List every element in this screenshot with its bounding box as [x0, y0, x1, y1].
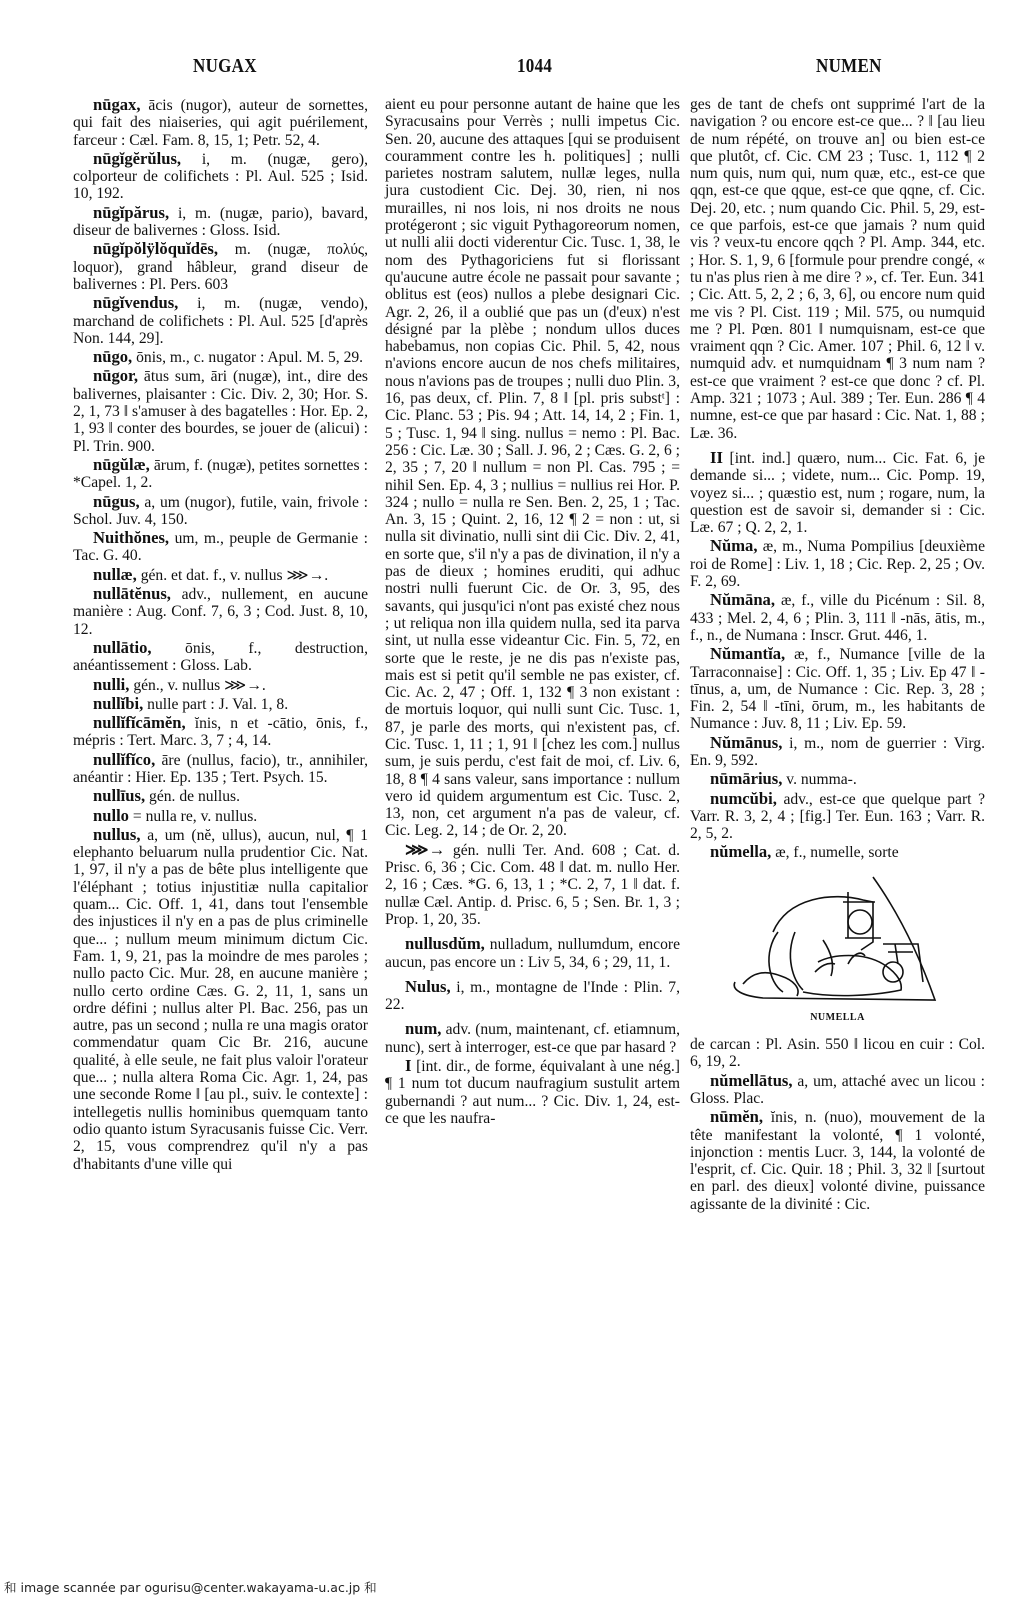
entry-headword: nūgus,: [93, 492, 140, 511]
column-right-bottom: de carcan : Pl. Asin. 550 ‖ licou en cui…: [690, 1036, 985, 1213]
entry-headword: nūgax,: [93, 95, 141, 114]
entry-headword: nūgĭgĕrŭlus,: [93, 149, 181, 168]
scan-credit-footer: 和 image scannée par ogurisu@center.wakay…: [4, 1578, 377, 1596]
dictionary-entry: nūgĭpŏlÿlŏquĭdēs, m. (nugæ, πολύς, loquo…: [73, 240, 368, 293]
numella-drawing-icon: [723, 872, 953, 1007]
entry-headword: nūgĭpărus,: [93, 203, 169, 222]
entry-headword: nūgo,: [93, 347, 132, 366]
dictionary-entry: Nŭmantĭa, æ, f., Numance [ville de la Ta…: [690, 645, 985, 732]
dictionary-entry: Nŭma, æ, m., Numa Pompilius [deuxième ro…: [690, 537, 985, 590]
dictionary-entry: nūmārius, v. numma-.: [690, 770, 985, 788]
entry-headword: nullo: [93, 806, 129, 825]
entry-definition: æ, f., numelle, sorte: [771, 844, 898, 861]
dictionary-entry: nullĭfĭco, āre (nullus, facio), tr., ann…: [73, 751, 368, 787]
dictionary-entry: nulli, gén., v. nullus ⋙→.: [73, 676, 368, 694]
entry-headword: Nuithŏnes,: [93, 528, 169, 547]
entry-headword: nūgor,: [93, 366, 138, 385]
dictionary-entry: nullus, a, um (nĕ, ullus), aucun, nul, ¶…: [73, 826, 368, 1173]
entry-definition: a, um (nĕ, ullus), aucun, nul, ¶ 1 eleph…: [73, 827, 368, 1173]
dictionary-entry: nullātio, ōnis, f., destruction, anéanti…: [73, 639, 368, 675]
entry-headword: nūgŭlæ,: [93, 455, 150, 474]
entry-headword: nullĭbi,: [93, 694, 143, 713]
dictionary-entry: Nuithŏnes, um, m., peuple de Germanie : …: [73, 529, 368, 565]
dictionary-entry: nullĭbi, nulle part : J. Val. 1, 8.: [73, 695, 368, 713]
entry-headword: nullĭfĭco,: [93, 750, 155, 769]
entry-headword: nullīus,: [93, 786, 145, 805]
entry-headword: nullus,: [93, 825, 141, 844]
dictionary-entry: Nŭmāna, æ, f., ville du Picénum : Sil. 8…: [690, 591, 985, 644]
entry-headword: nŭmellātus,: [710, 1071, 793, 1090]
entry-headword: numcŭbi,: [710, 789, 777, 808]
entry-headword: nŭmella,: [710, 842, 771, 861]
dictionary-entry: nullīus, gén. de nullus.: [73, 787, 368, 805]
entry-headword: nullātĕnus,: [93, 584, 171, 603]
dictionary-entry: nullo = nulla re, v. nullus.: [73, 807, 368, 825]
entry-headword: Nŭmāna,: [710, 590, 775, 609]
dictionary-entry: aient eu pour personne autant de haine q…: [385, 96, 680, 840]
entry-headword: nullātio,: [93, 638, 152, 657]
dictionary-entry: nūgus, a, um (nugor), futile, vain, friv…: [73, 493, 368, 529]
dictionary-entry: nūmĕn, ĭnis, n. (nuo), mouvement de la t…: [690, 1108, 985, 1213]
entry-headword: nullĭfĭcāmĕn,: [93, 713, 186, 732]
dictionary-entry: nūgĭvendus, i, m. (nugæ, vendo), marchan…: [73, 294, 368, 347]
entry-definition: ōnis, m., c. nugator : Apul. M. 5, 29.: [132, 349, 363, 366]
entry-headword: Nŭma,: [710, 536, 757, 555]
entry-headword: nulli,: [93, 675, 129, 694]
dictionary-entry: II [int. ind.] quæro, num... Cic. Fat. 6…: [690, 449, 985, 536]
entry-definition: gén., v. nullus ⋙→.: [129, 677, 265, 694]
dictionary-entry: numcŭbi, adv., est-ce que quelque part ?…: [690, 790, 985, 843]
entry-definition: ges de tant de chefs ont supprimé l'art …: [690, 96, 985, 442]
entry-headword: ⋙→: [405, 840, 445, 859]
entry-headword: Nŭmantĭa,: [710, 644, 785, 663]
dictionary-entry: nūgŭlæ, ārum, f. (nugæ), petites sornett…: [73, 456, 368, 492]
header-first-word: NUGAX: [193, 55, 257, 78]
entry-headword: nullusdŭm,: [405, 934, 485, 953]
dictionary-entry: nūgo, ōnis, m., c. nugator : Apul. M. 5,…: [73, 348, 368, 366]
entry-headword: nūgĭvendus,: [93, 293, 178, 312]
entry-headword: nūmĕn,: [710, 1107, 763, 1126]
entry-headword: Nulus,: [405, 977, 451, 996]
dictionary-entry: nūgax, ācis (nugor), auteur de sornettes…: [73, 96, 368, 149]
dictionary-entry: Nulus, i, m., montagne de l'Inde : Plin.…: [385, 978, 680, 1014]
dictionary-entry: ges de tant de chefs ont supprimé l'art …: [690, 96, 985, 442]
entry-definition: v. numma-.: [782, 771, 856, 788]
entry-definition: de carcan : Pl. Asin. 550 ‖ licou en cui…: [690, 1036, 985, 1070]
dictionary-entry: nūgĭpărus, i, m. (nugæ, pario), bavard, …: [73, 204, 368, 240]
dictionary-entry: nullæ, gén. et dat. f., v. nullus ⋙→.: [73, 566, 368, 584]
dictionary-entry: Nŭmānus, i, m., nom de guerrier : Virg. …: [690, 734, 985, 770]
entry-definition: gén. et dat. f., v. nullus ⋙→.: [137, 567, 328, 584]
entry-definition: = nulla re, v. nullus.: [129, 808, 257, 825]
header-last-word: NUMEN: [816, 55, 882, 78]
entry-definition: gén. de nullus.: [145, 788, 240, 805]
dictionary-entry: nūgĭgĕrŭlus, i, m. (nugæ, gero), colport…: [73, 150, 368, 203]
dictionary-entry: de carcan : Pl. Asin. 550 ‖ licou en cui…: [690, 1036, 985, 1071]
column-left: nūgax, ācis (nugor), auteur de sornettes…: [73, 96, 368, 1174]
column-right: ges de tant de chefs ont supprimé l'art …: [690, 96, 985, 1214]
page-number: 1044: [517, 55, 552, 78]
entry-headword: nūmārius,: [710, 769, 782, 788]
entry-definition: [int. dir., de forme, équivalant à une n…: [385, 1058, 680, 1127]
dictionary-entry: nūgor, ātus sum, āri (nugæ), int., dire …: [73, 367, 368, 454]
dictionary-entry: num, adv. (num, maintenant, cf. etiamnum…: [385, 1020, 680, 1056]
dictionary-entry: nullusdŭm, nulladum, nullumdum, encore a…: [385, 935, 680, 971]
column-middle: aient eu pour personne autant de haine q…: [385, 96, 680, 1128]
entry-headword: II: [710, 448, 723, 467]
dictionary-entry: nŭmella, æ, f., numelle, sorte: [690, 843, 985, 861]
dictionary-entry: nullĭfĭcāmĕn, ĭnis, n et -cātio, ōnis, f…: [73, 714, 368, 750]
numella-illustration: NUMELLA: [690, 872, 985, 1026]
dictionary-entry: ⋙→ gén. nulli Ter. And. 608 ; Cat. d. Pr…: [385, 841, 680, 928]
entry-definition: nulle part : J. Val. 1, 8.: [143, 696, 288, 713]
column-right-top: ges de tant de chefs ont supprimé l'art …: [690, 96, 985, 862]
entry-headword: nūgĭpŏlÿlŏquĭdēs,: [93, 239, 218, 258]
dictionary-entry: nŭmellātus, a, um, attaché avec un licou…: [690, 1072, 985, 1108]
figure-caption: NUMELLA: [690, 1009, 985, 1026]
entry-definition: [int. ind.] quæro, num... Cic. Fat. 6, j…: [690, 450, 985, 536]
entry-headword: num,: [405, 1019, 441, 1038]
running-header: NUGAX 1044 NUMEN: [0, 56, 1024, 86]
entry-definition: aient eu pour personne autant de haine q…: [385, 96, 680, 839]
entry-headword: Nŭmānus,: [710, 733, 782, 752]
entry-headword: nullæ,: [93, 565, 137, 584]
dictionary-entry: I [int. dir., de forme, équivalant à une…: [385, 1057, 680, 1127]
dictionary-entry: nullātĕnus, adv., nullement, en aucune m…: [73, 585, 368, 638]
